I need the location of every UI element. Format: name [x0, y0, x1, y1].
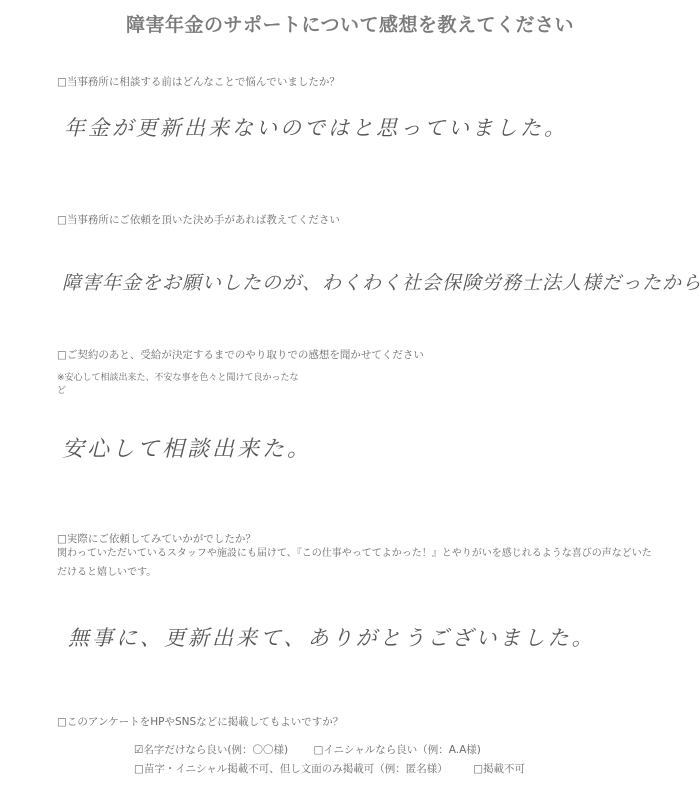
option-text-only-anonymous[interactable]: □苗字・イニシャル掲載不可、但し文面のみ掲載可（例：匿名様） [134, 761, 448, 776]
option-surname-only[interactable]: ☑名字だけなら良い(例：〇〇様) [134, 742, 288, 757]
page-title: 障害年金のサポートについて感想を教えてください [0, 10, 700, 37]
question-1-label: □当事務所に相談する前はどんなことで悩んでいましたか？ [57, 74, 340, 89]
question-5-label: □このアンケートをHPやSNSなどに掲載してもよいですか？ [57, 714, 343, 729]
checkbox-checked-icon[interactable]: ☑ [134, 744, 143, 756]
option-initials-only[interactable]: □イニシャルなら良い（例：A.A様) [313, 742, 480, 757]
question-4-answer: 無事に、更新出来て、ありがとうございました。 [68, 622, 596, 652]
question-1-answer: 年金が更新出来ないのではと思っていました。 [64, 112, 568, 142]
publish-options-row-2: □苗字・イニシャル掲載不可、但し文面のみ掲載可（例：匿名様） □掲載不可 [134, 761, 547, 776]
question-2-label: □当事務所にご依頼を頂いた決め手があれば教えてください [57, 212, 340, 227]
question-3-label: □ご契約のあと、受給が決定するまでのやり取りでの感想を聞かせてください [57, 347, 424, 362]
question-3-answer: 安心して相談出来た。 [62, 432, 312, 463]
option-no-publish[interactable]: □掲載不可 [473, 761, 525, 776]
question-4-subtext: 関わっていただいているスタッフや施設にも届けて、『この仕事やっててよかった！』と… [57, 544, 657, 582]
publish-options-row-1: ☑名字だけなら良い(例：〇〇様) □イニシャルなら良い（例：A.A様) [134, 742, 503, 757]
question-2-answer: 障害年金をお願いしたのが、わくわく社会保険労務士法人様だったから [62, 268, 700, 295]
question-3-note: ※安心して相談出来た、不安な事を色々と聞けて良かったなど [57, 372, 307, 398]
